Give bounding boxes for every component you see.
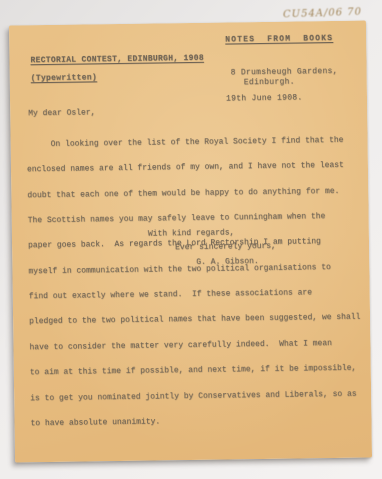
- letter-paper: NOTES FROM BOOKS RECTORIAL CONTEST, EDIN…: [9, 21, 372, 463]
- body-line: find out exactly where we stand. If thes…: [29, 289, 365, 302]
- handwritten-reference-number: CU54A/06 70: [283, 7, 362, 21]
- scanned-letter-page: NOTES FROM BOOKS RECTORIAL CONTEST, EDIN…: [0, 0, 382, 479]
- sender-address-line-1: 8 Drumsheugh Gardens,: [231, 68, 338, 78]
- body-line: On looking over the list of the Royal So…: [27, 136, 363, 149]
- body-line: enclosed names are all friends of my own…: [27, 162, 363, 175]
- body-line: The Scottish names you may safely leave …: [28, 213, 364, 226]
- letter-title: RECTORIAL CONTEST, EDINBURGH, 1908: [30, 55, 204, 66]
- body-line: is to get you nominated jointly by Conse…: [30, 390, 366, 403]
- salutation: My dear Osler,: [28, 109, 95, 118]
- header-right-label: NOTES FROM BOOKS: [225, 35, 333, 45]
- letter-subtitle: (Typewritten): [31, 74, 97, 83]
- letter-date: 19th June 1908.: [226, 94, 303, 104]
- body-line: have to consider the matter very careful…: [29, 339, 365, 352]
- sender-address-line-2: Edinburgh.: [244, 79, 295, 88]
- body-line: doubt that each one of them would be hap…: [27, 187, 363, 200]
- closing-line: With kind regards,: [148, 229, 235, 239]
- letter-body: On looking over the list of the Royal So…: [26, 120, 366, 446]
- body-line: to aim at this time if possible, and nex…: [30, 365, 366, 378]
- valediction-line: Ever sincerely yours,: [175, 243, 276, 253]
- body-line: to have absolute unanimity.: [30, 415, 366, 428]
- body-line: pledged to the two political names that …: [29, 314, 365, 327]
- signature: G. A. Gibson.: [196, 258, 259, 267]
